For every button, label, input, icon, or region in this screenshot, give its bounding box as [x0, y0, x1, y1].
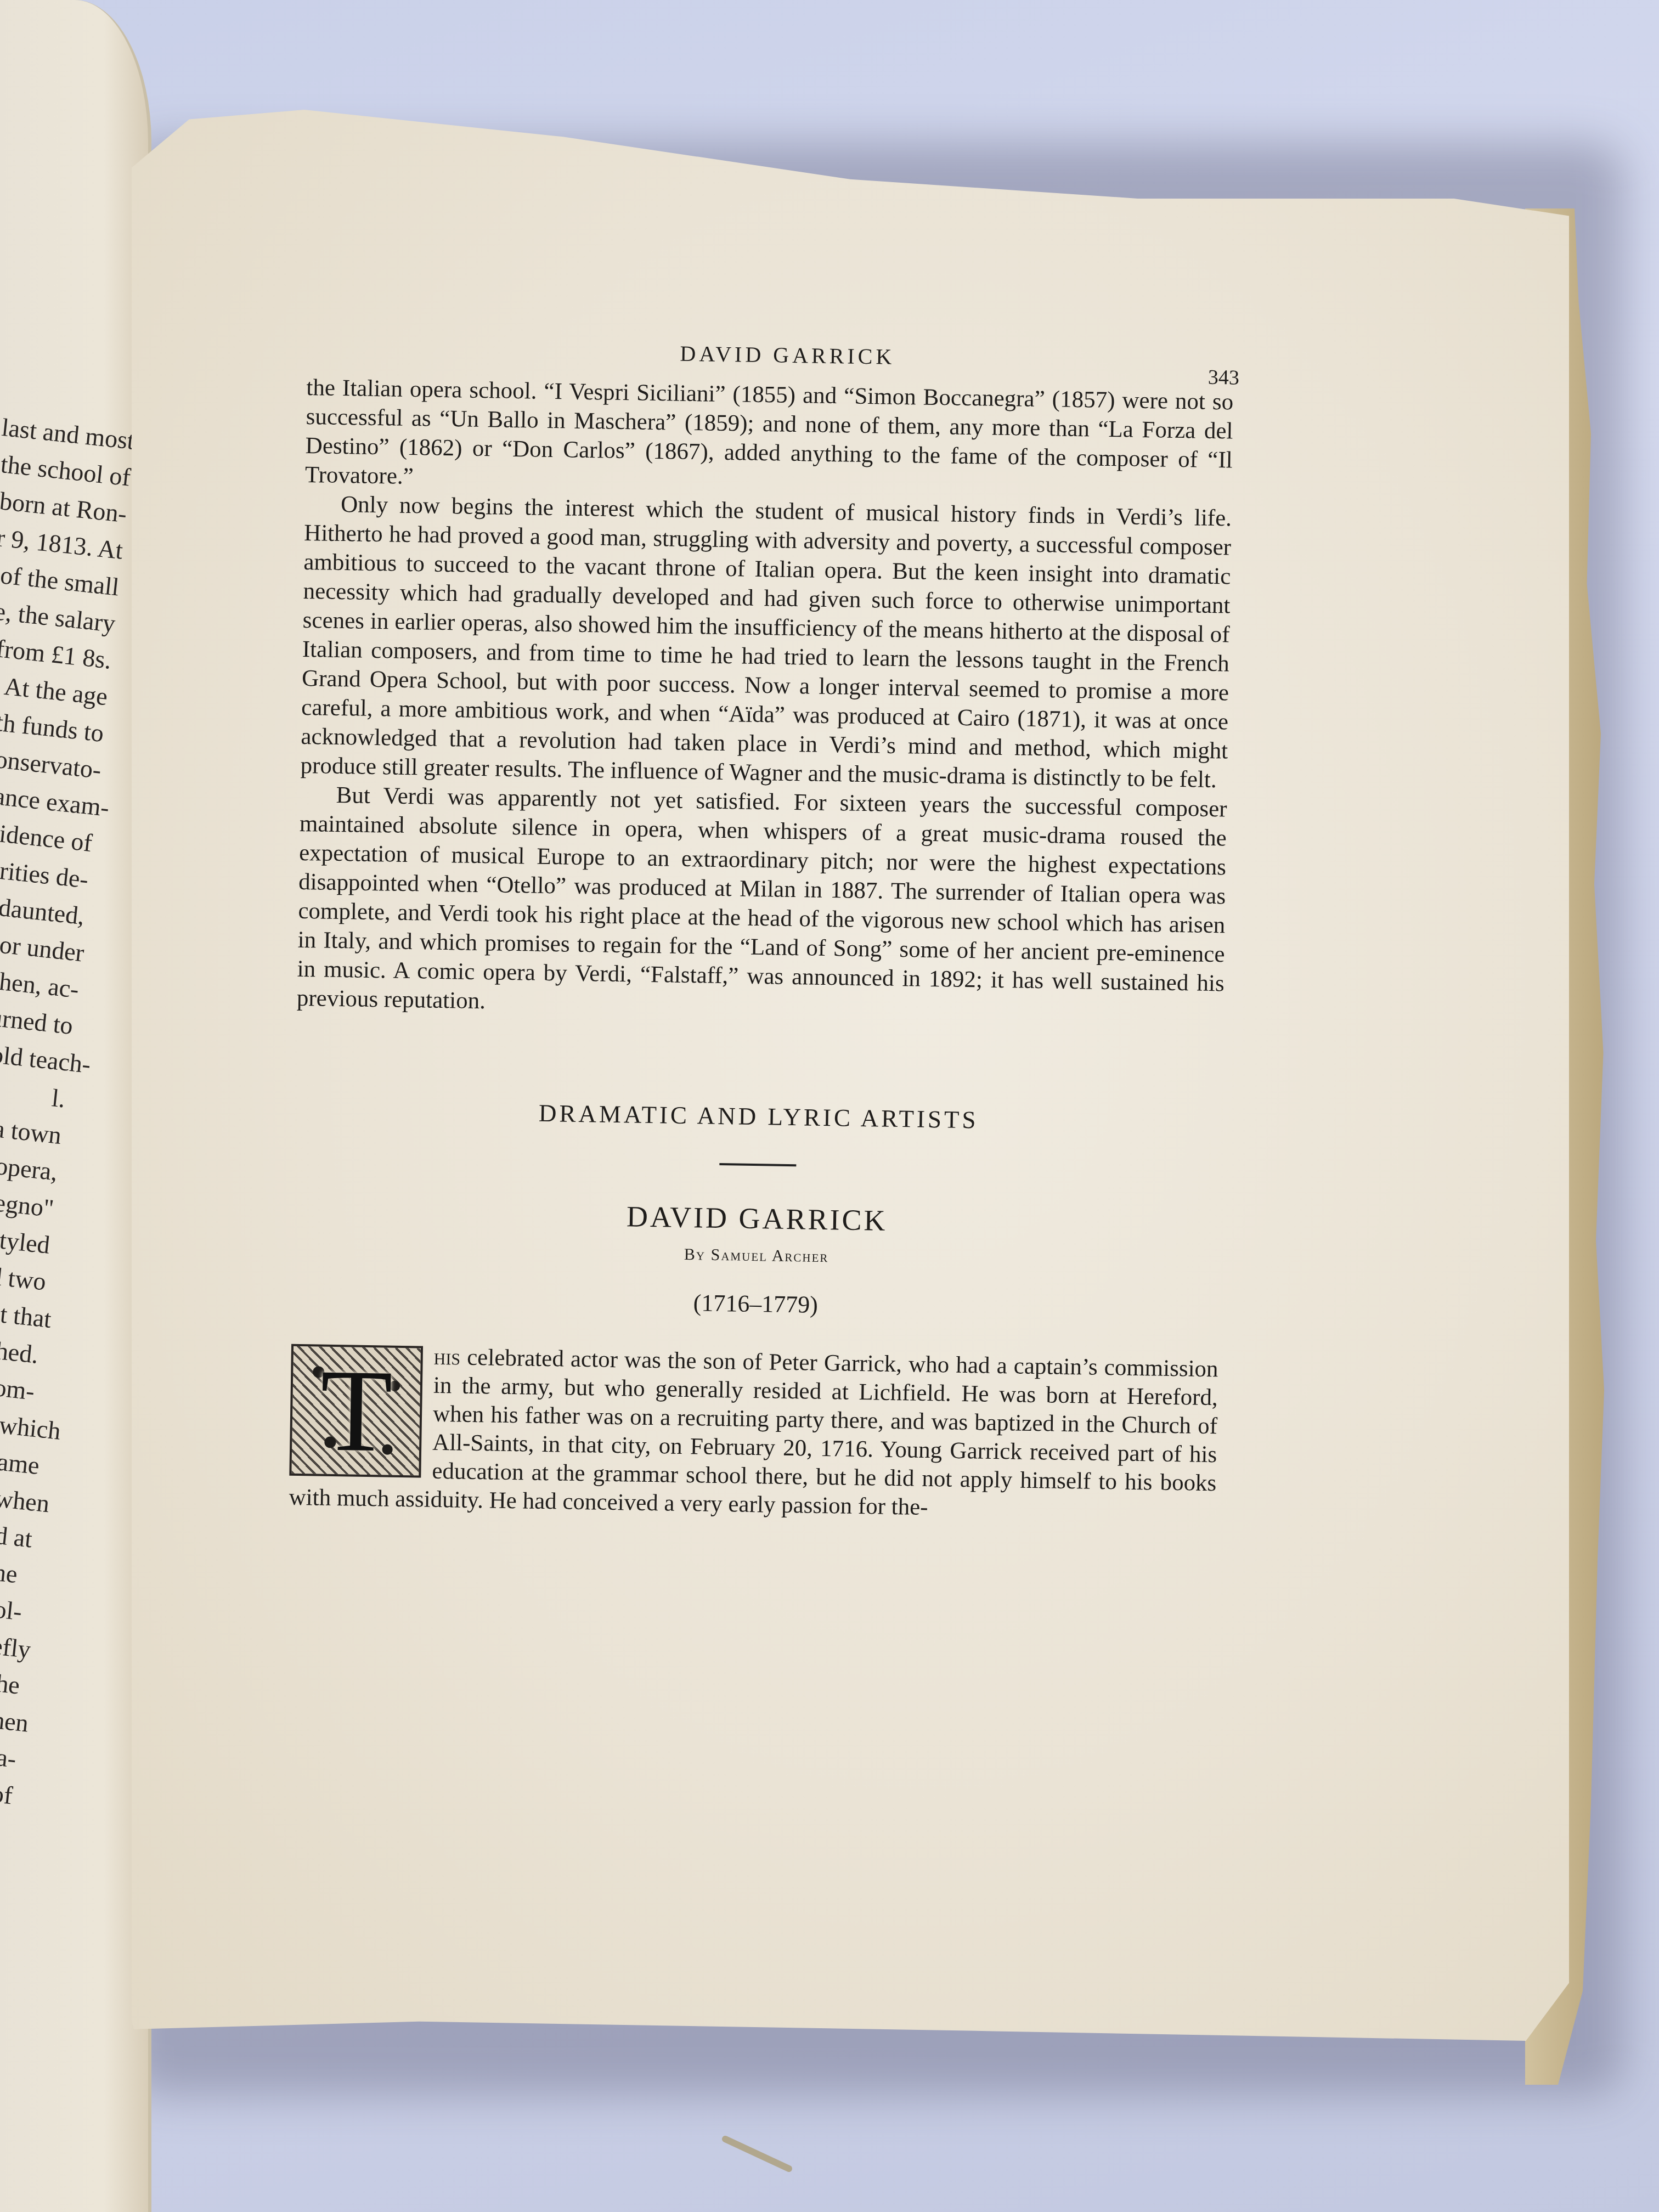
page-number: 343 — [1208, 365, 1240, 390]
article-body: T his celebrated actor was the son of Pe… — [289, 1341, 1218, 1527]
pencil-mark — [721, 2135, 793, 2173]
opening-smallcaps: his — [433, 1344, 460, 1370]
running-title: DAVID GARRICK — [680, 341, 895, 370]
drop-cap-letter: T — [292, 1351, 421, 1471]
verdi-text: the Italian opera school. “I Vespri Sici… — [297, 373, 1234, 1027]
left-page: last and most the school of s born at Ro… — [0, 0, 151, 2212]
article-title: DAVID GARRICK — [293, 1194, 1221, 1243]
page-content: DAVID GARRICK 343 the Italian opera scho… — [289, 335, 1234, 1526]
section-heading: DRAMATIC AND LYRIC ARTISTS — [295, 1095, 1222, 1138]
life-dates: (1716–1779) — [292, 1283, 1220, 1325]
ornamental-initial-icon: T — [289, 1344, 423, 1478]
paragraph: the Italian opera school. “I Vespri Sici… — [305, 373, 1234, 504]
divider-rule — [719, 1163, 796, 1166]
byline: By Samuel Archer — [293, 1239, 1220, 1273]
article-paragraph: celebrated actor was the son of Peter Ga… — [289, 1345, 1218, 1520]
paragraph: Only now begins the interest which the s… — [300, 489, 1232, 794]
left-page-text: last and most the school of s born at Ro… — [0, 406, 136, 1812]
paragraph: But Verdi was apparently not yet satisfi… — [297, 780, 1227, 1027]
